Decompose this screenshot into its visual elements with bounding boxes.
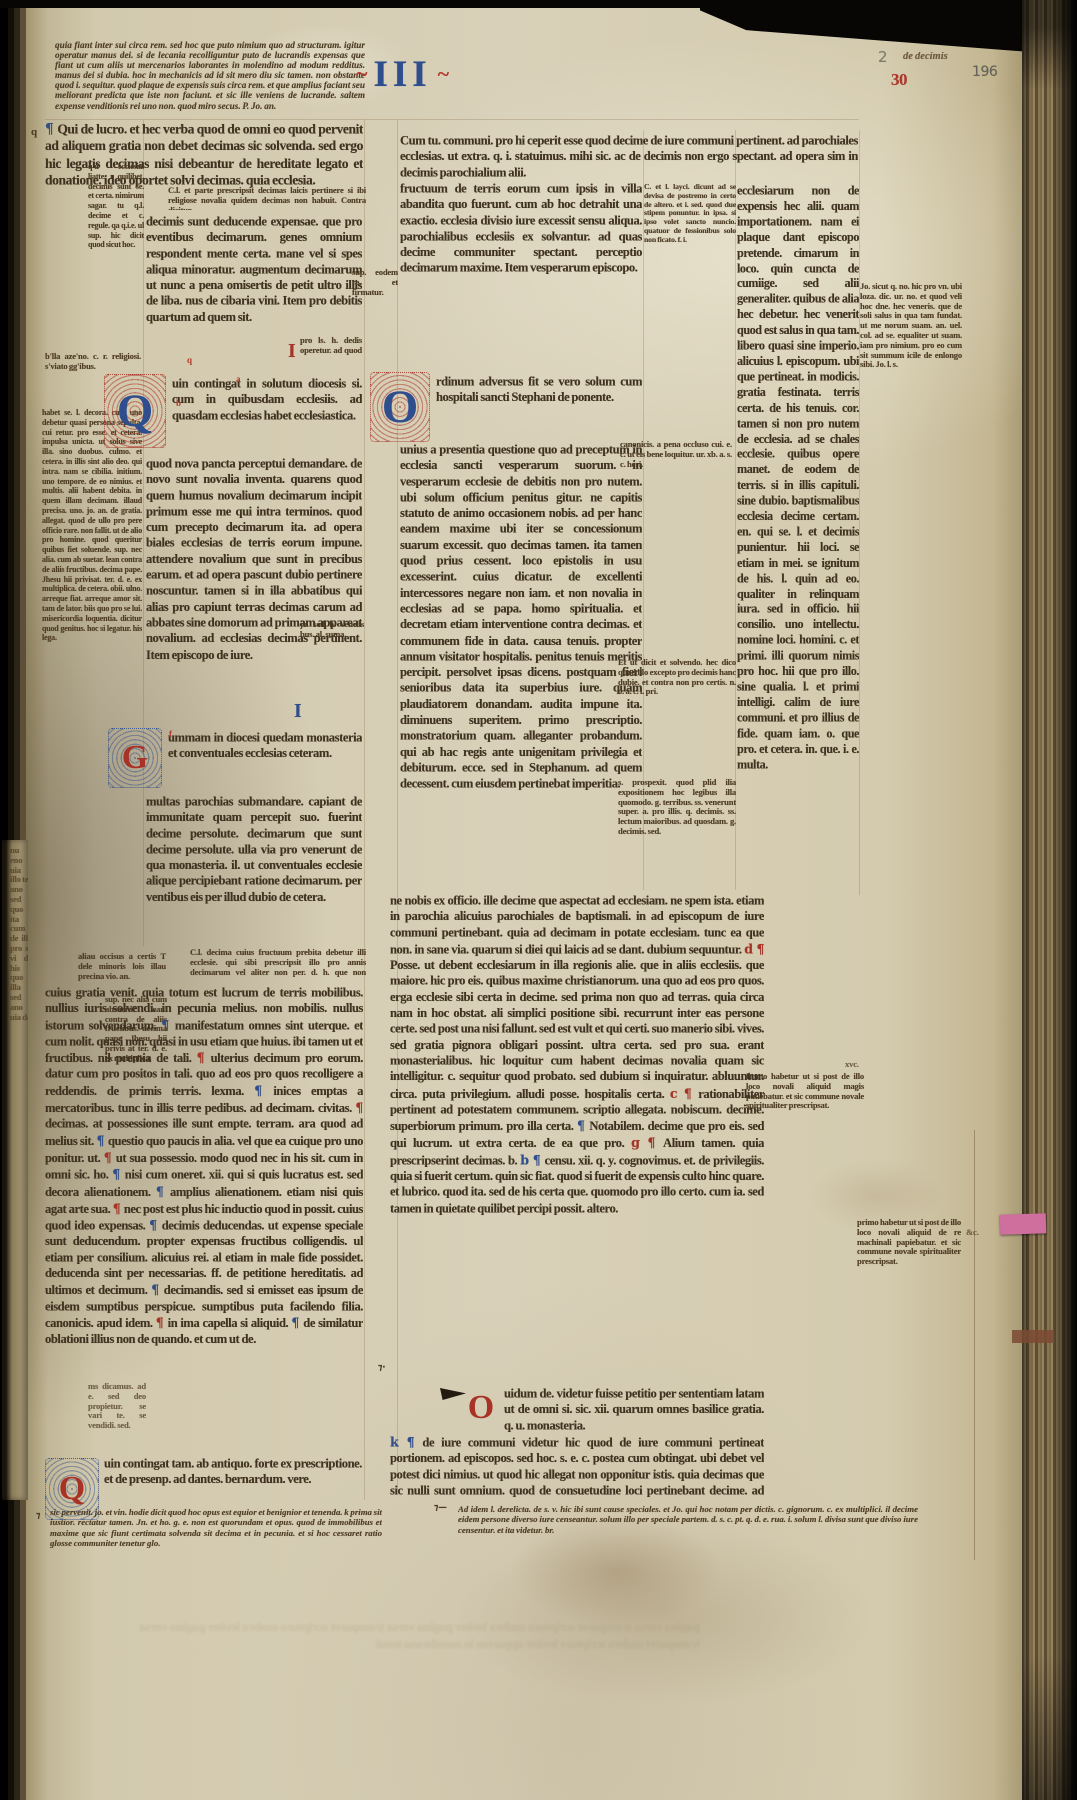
folio-number-pencil: 196 bbox=[972, 64, 997, 80]
paragraph-mark: d ¶ bbox=[744, 941, 764, 957]
paragraph-mark: ¶ bbox=[149, 1217, 162, 1233]
leather-tab bbox=[1012, 1330, 1054, 1343]
tie-mark-left: ⁊ bbox=[36, 1512, 48, 1526]
paragraph-mark: ¶ bbox=[112, 1166, 125, 1182]
page-header-numeral: ~ III ~ bbox=[356, 50, 496, 98]
mid-gloss-2: Et ut dicit et solvendo. hec dico quod i… bbox=[618, 658, 736, 770]
ruling-line bbox=[45, 119, 859, 120]
paragraph-mark: ¶ bbox=[156, 1315, 168, 1331]
paragraph-mark: ¶ bbox=[156, 1183, 170, 1199]
left-column-upper-b: uin contingat in solutum diocesis si. cu… bbox=[172, 376, 362, 457]
lower-right-final: k ¶ de iure communi videtur hic quod de … bbox=[390, 1434, 764, 1498]
tiny-note-2: jo. sed h. venelis bus. al. suma. bbox=[300, 620, 364, 650]
center-column-a: fructuum de terris eorum cum ipsis in vi… bbox=[400, 181, 642, 379]
mid-gloss-3: s. prospexit. quod plid ilia expositione… bbox=[618, 778, 736, 882]
left-column-upper-e: ummam in diocesi quedam monasteria et co… bbox=[168, 730, 362, 794]
red-flourish-left: ~ bbox=[356, 63, 367, 85]
tie-mark-mid: ⁊· bbox=[378, 1364, 396, 1378]
paragraph-mark: g ¶ bbox=[631, 1135, 663, 1151]
lower-right-column: ne nobis ex officio. ille decime que asp… bbox=[390, 893, 764, 1403]
flourished-initial-O: O bbox=[370, 372, 430, 442]
quire-mark: 2 bbox=[878, 48, 887, 66]
idem-initial-blue: I bbox=[294, 700, 301, 723]
left-column-upper-f: multas parochias submandare. capiant de … bbox=[146, 794, 362, 950]
parchment-crease bbox=[974, 1130, 975, 1560]
initial-letter: Q bbox=[59, 1472, 85, 1506]
pink-bookmark-tab bbox=[1000, 1213, 1047, 1235]
reference-letter-q: q bbox=[187, 355, 192, 365]
paragraph-mark: ¶ bbox=[254, 1083, 273, 1099]
gutter-cut-text: nu eno uia illo ter ano sed quo ita cum … bbox=[10, 846, 28, 1022]
reference-letter-a: a bbox=[236, 374, 241, 384]
tie-mark-right: ⁊— bbox=[434, 1504, 454, 1518]
center-column-b: rdinum adversus fit se vero solum cum ho… bbox=[436, 374, 642, 443]
manuscript-photo: quia fiant inter sui circa rem. sed hoc … bbox=[0, 0, 1077, 1800]
margin-letter-q: q bbox=[31, 126, 37, 138]
paragraph-mark: ¶ bbox=[197, 1050, 211, 1066]
ruling-line bbox=[364, 120, 365, 1500]
fore-edge-page-stack bbox=[1022, 0, 1077, 1800]
far-right-column: ecclesiarum non de expensis hec alii. qu… bbox=[737, 183, 859, 921]
paragraph-mark: ¶ bbox=[113, 1200, 124, 1216]
right-margin-gloss-upper: Jo. sicut q. no. hic pro vn. ubi loza. d… bbox=[860, 282, 962, 404]
right-column-wide-top: Cum tu. communi. pro hi ceperit esse quo… bbox=[400, 133, 858, 182]
adjacent-leaf-edge: nu eno uia illo ter ano sed quo ita cum … bbox=[2, 840, 28, 1500]
paragraph-mark: ¶ bbox=[151, 1282, 164, 1298]
left-margin-gloss-column: habet se. l. decora. cum uno debetur qua… bbox=[42, 408, 142, 974]
running-title: de decimis bbox=[903, 52, 973, 66]
bottom-note-right: Ad idem l. derelicta. de s. v. hic ibi s… bbox=[458, 1504, 918, 1552]
folio-number-red: 30 bbox=[891, 70, 907, 90]
paragraph-mark: ¶ bbox=[577, 1118, 589, 1134]
idem-initial-red: I bbox=[288, 340, 295, 363]
left-margin-gloss-narrow: q'd ecclesia. liatte. r quilibet. decimi… bbox=[88, 162, 144, 358]
flourished-initial-S: G bbox=[108, 728, 162, 788]
flourished-initial-Q: Q bbox=[104, 374, 166, 448]
paragraph-mark: b ¶ bbox=[520, 1152, 544, 1168]
mid-gloss-canonicis: canonicis. a pena occluso cui. e. c. ut … bbox=[620, 440, 732, 504]
paragraph-text: Posse. ut debent ecclesiarum in illa reg… bbox=[390, 958, 764, 988]
etc-scribble: &c. bbox=[966, 1228, 1000, 1244]
paragraph-mark: c ¶ bbox=[670, 1085, 698, 1101]
roman-numeral: III bbox=[373, 56, 431, 93]
paragraph-mark: k ¶ bbox=[390, 1434, 422, 1450]
center-column-c: unius a presentia questione quo ad prece… bbox=[400, 442, 642, 898]
paragraph-text: de iure communi videtur hic quod de iure… bbox=[390, 1435, 764, 1498]
paragraph-mark: ¶ bbox=[291, 1315, 303, 1331]
top-marginal-note: quia fiant inter sui circa rem. sed hoc … bbox=[55, 40, 365, 118]
paragraph-mark: ¶ bbox=[97, 1132, 108, 1148]
reference-letter-b: b bbox=[176, 398, 181, 408]
paragraph-mark: ¶ bbox=[45, 121, 57, 138]
right-margin-primo-note: primo habetur ut si post de illo loco no… bbox=[857, 1218, 961, 1302]
tiny-note-1: pro ls. h. dedis operetur. ad quod l. go… bbox=[300, 336, 362, 356]
lower-left-final-lines: uin contingat tam. ab antiquo. forte ex … bbox=[104, 1456, 362, 1504]
intro-rubric: C.l. et parte prescripsit decimas laicis… bbox=[168, 186, 366, 210]
initial-letter: Q bbox=[117, 388, 154, 435]
left-column-rubric: C.l. decima cuius fructuum prebita debet… bbox=[190, 948, 366, 978]
bottom-note-left: sic pervenit. jo. et vin. hodie dicit qu… bbox=[50, 1507, 382, 1567]
lower-right-beside-initial: uidum de. videtur fuisse petitio per sen… bbox=[504, 1386, 764, 1434]
initial-letter: G bbox=[122, 741, 148, 775]
lower-left-column: cuius gratia venit. quia totum est lucru… bbox=[45, 985, 363, 1474]
paragraph-text: in sane via. quarum si diei qui laicis a… bbox=[414, 942, 744, 957]
paragraph-mark: ¶ bbox=[161, 1017, 175, 1033]
red-flourish-right: ~ bbox=[438, 63, 449, 85]
verso-show-through: pagina versa transparet scriptura umbra … bbox=[140, 1618, 700, 1728]
red-initial-O2: O bbox=[462, 1386, 500, 1430]
inserted-gloss-top: C. et l. layci. dicunt ad se devisa de p… bbox=[644, 183, 736, 249]
paragraph-text: in ima capella si aliquid. bbox=[168, 1316, 292, 1331]
paragraph-mark: ¶ bbox=[355, 1099, 363, 1115]
paragraph-mark: ¶ bbox=[104, 1149, 116, 1165]
ruling-line bbox=[859, 130, 860, 895]
initial-letter: O bbox=[382, 384, 419, 431]
reference-letter-f: f bbox=[169, 729, 172, 739]
initial-letter: O bbox=[468, 1391, 494, 1425]
left-column-upper-c: quod nova pancta perceptui demandare. de… bbox=[146, 456, 362, 735]
sup-eodem-note: sup. eodem re. et firmatur. bbox=[352, 268, 398, 304]
